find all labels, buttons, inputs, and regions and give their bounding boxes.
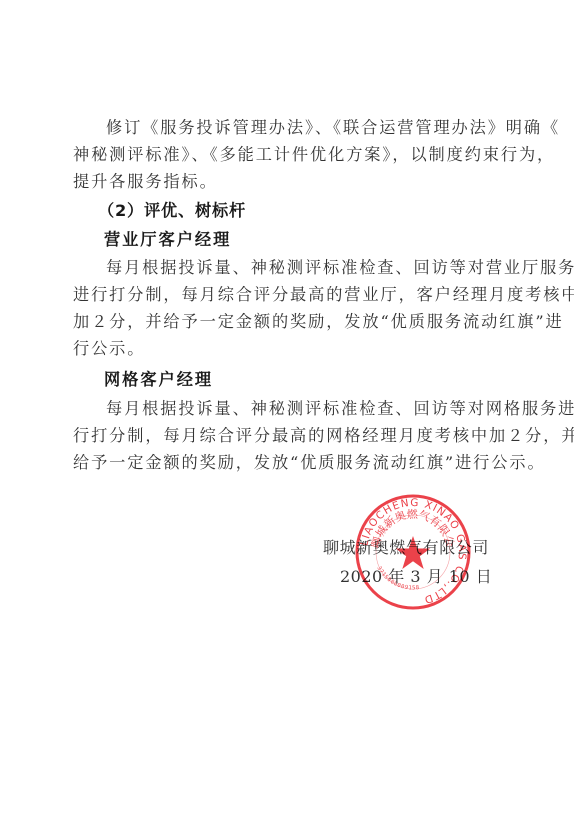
paragraph-line: 每月根据投诉量、神秘测评标准检查、回访等对营业厅服务 <box>106 258 542 278</box>
paragraph-line: 行公示。 <box>73 339 509 359</box>
paragraph-line: 修订《服务投诉管理办法》、《联合运营管理办法》明确《 <box>106 118 542 138</box>
document-page: 修订《服务投诉管理办法》、《联合运营管理办法》明确《 神秘测评标准》、《多能工计… <box>0 0 574 824</box>
subsection-title: 营业厅客户经理 <box>104 230 540 250</box>
section-heading: （2）评优、树标杆 <box>98 201 534 221</box>
paragraph-line: 加２分，并给予一定金额的奖励，发放“优质服务流动红旗”进 <box>73 312 509 332</box>
subsection-title: 网格客户经理 <box>104 370 540 390</box>
paragraph-line: 神秘测评标准》、《多能工计件优化方案》，以制度约束行为， <box>73 145 509 165</box>
company-seal-icon: LIAOCHENG XINAO GAS CO.,LTD 聊城新奥燃气有限公司 3… <box>353 492 473 612</box>
svg-text:3715000009158: 3715000009158 <box>375 566 420 592</box>
paragraph-line: 给予一定金额的奖励，发放“优质服务流动红旗”进行公示。 <box>73 453 509 473</box>
paragraph-line: 提升各服务指标。 <box>73 172 509 192</box>
paragraph-line: 行打分制，每月综合评分最高的网格经理月度考核中加２分，并 <box>73 426 509 446</box>
paragraph-line: 进行打分制，每月综合评分最高的营业厅，客户经理月度考核中 <box>73 285 509 305</box>
paragraph-line: 每月根据投诉量、神秘测评标准检查、回访等对网格服务进 <box>106 399 542 419</box>
